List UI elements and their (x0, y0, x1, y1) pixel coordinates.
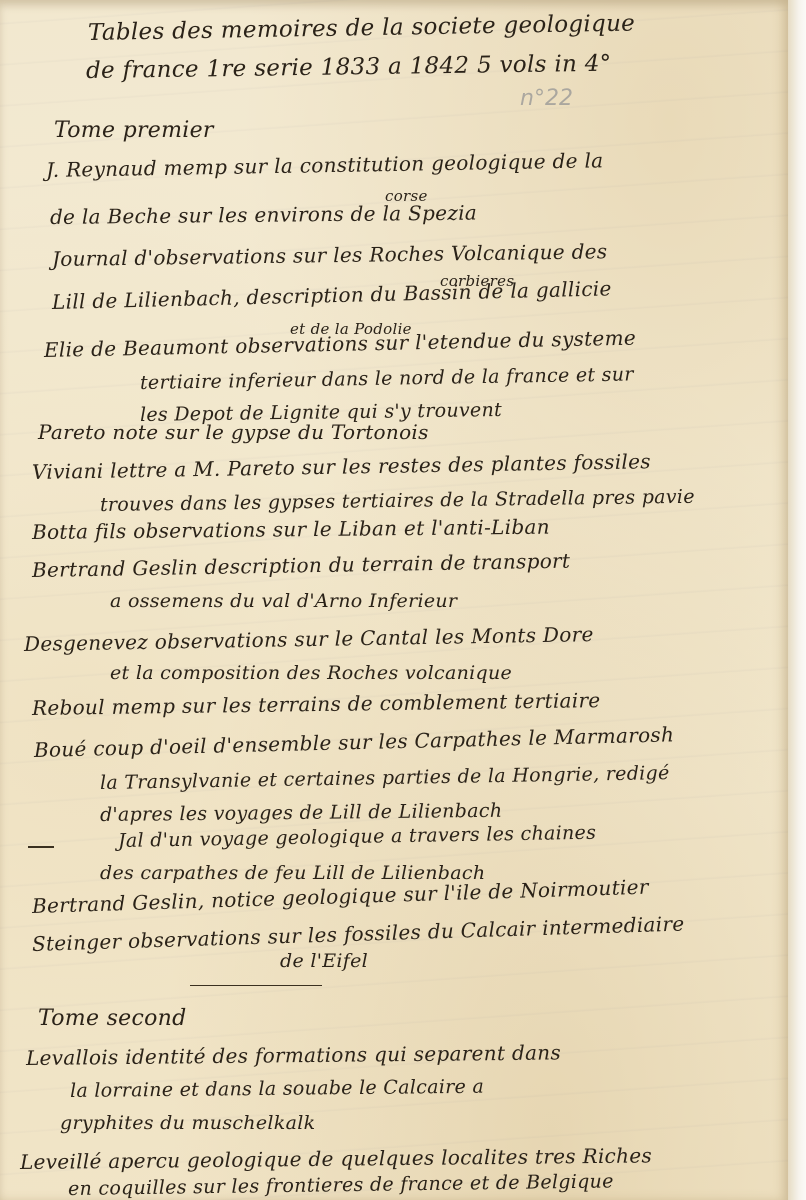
entry-line: tertiaire inferieur dans le nord de la f… (140, 363, 634, 394)
entry-line: la lorraine et dans la souabe le Calcair… (70, 1076, 484, 1102)
document-title-line-2: de france 1re serie 1833 a 1842 5 vols i… (86, 51, 612, 84)
section-heading-tome-premier: Tome premier (54, 118, 214, 143)
entry-line: et la composition des Roches volcanique (110, 662, 512, 684)
entry-line: d'apres les voyages de Lill de Lilienbac… (100, 800, 503, 826)
entry-line: Desgenevez observations sur le Cantal le… (24, 622, 594, 656)
entry-line: Bertrand Geslin description du terrain d… (32, 549, 571, 582)
entry-line: en coquilles sur les frontieres de franc… (68, 1170, 614, 1200)
entry-line: de l'Eifel (280, 950, 368, 972)
scan-background-edge (788, 0, 806, 1200)
manuscript-page: Tables des memoires de la societe geolog… (0, 0, 788, 1200)
section-heading-tome-second: Tome second (38, 1006, 187, 1031)
entry-line: Lill de Lilienbach, description du Bassi… (52, 276, 612, 314)
entry-line: Boué coup d'oeil d'ensemble sur les Carp… (34, 722, 675, 762)
entry-line: la Transylvanie et certaines parties de … (100, 762, 670, 794)
entry-line: Leveillé apercu geologique de quelques l… (20, 1143, 652, 1174)
entry-line: Reboul memp sur les terrains de combleme… (32, 688, 601, 720)
entry-line: a ossemens du val d'Arno Inferieur (110, 590, 457, 612)
entry-line: gryphites du muschelkalk (60, 1112, 315, 1134)
entry-line: Elie de Beaumont observations sur l'eten… (44, 326, 636, 362)
section-divider (190, 985, 322, 986)
continuation-dash (28, 846, 54, 848)
entry-line: Journal d'observations sur les Roches Vo… (52, 239, 608, 271)
entry-line: Pareto note sur le gypse du Tortonois (38, 420, 429, 444)
entry-line: J. Reynaud memp sur la constitution geol… (46, 148, 604, 182)
entry-line: Viviani lettre a M. Pareto sur les reste… (32, 449, 651, 484)
document-title-line-1: Tables des memoires de la societe geolog… (88, 10, 636, 46)
entry-line: trouves dans les gypses tertiaires de la… (100, 486, 695, 516)
entry-line: Jal d'un voyage geologique a travers les… (118, 822, 597, 852)
entry-line: Botta fils observations sur le Liban et … (32, 515, 550, 544)
pencil-catalog-number: n°22 (520, 86, 573, 111)
entry-line: de la Beche sur les environs de la Spezi… (50, 201, 477, 229)
entry-line: Levallois identité des formations qui se… (26, 1040, 561, 1070)
